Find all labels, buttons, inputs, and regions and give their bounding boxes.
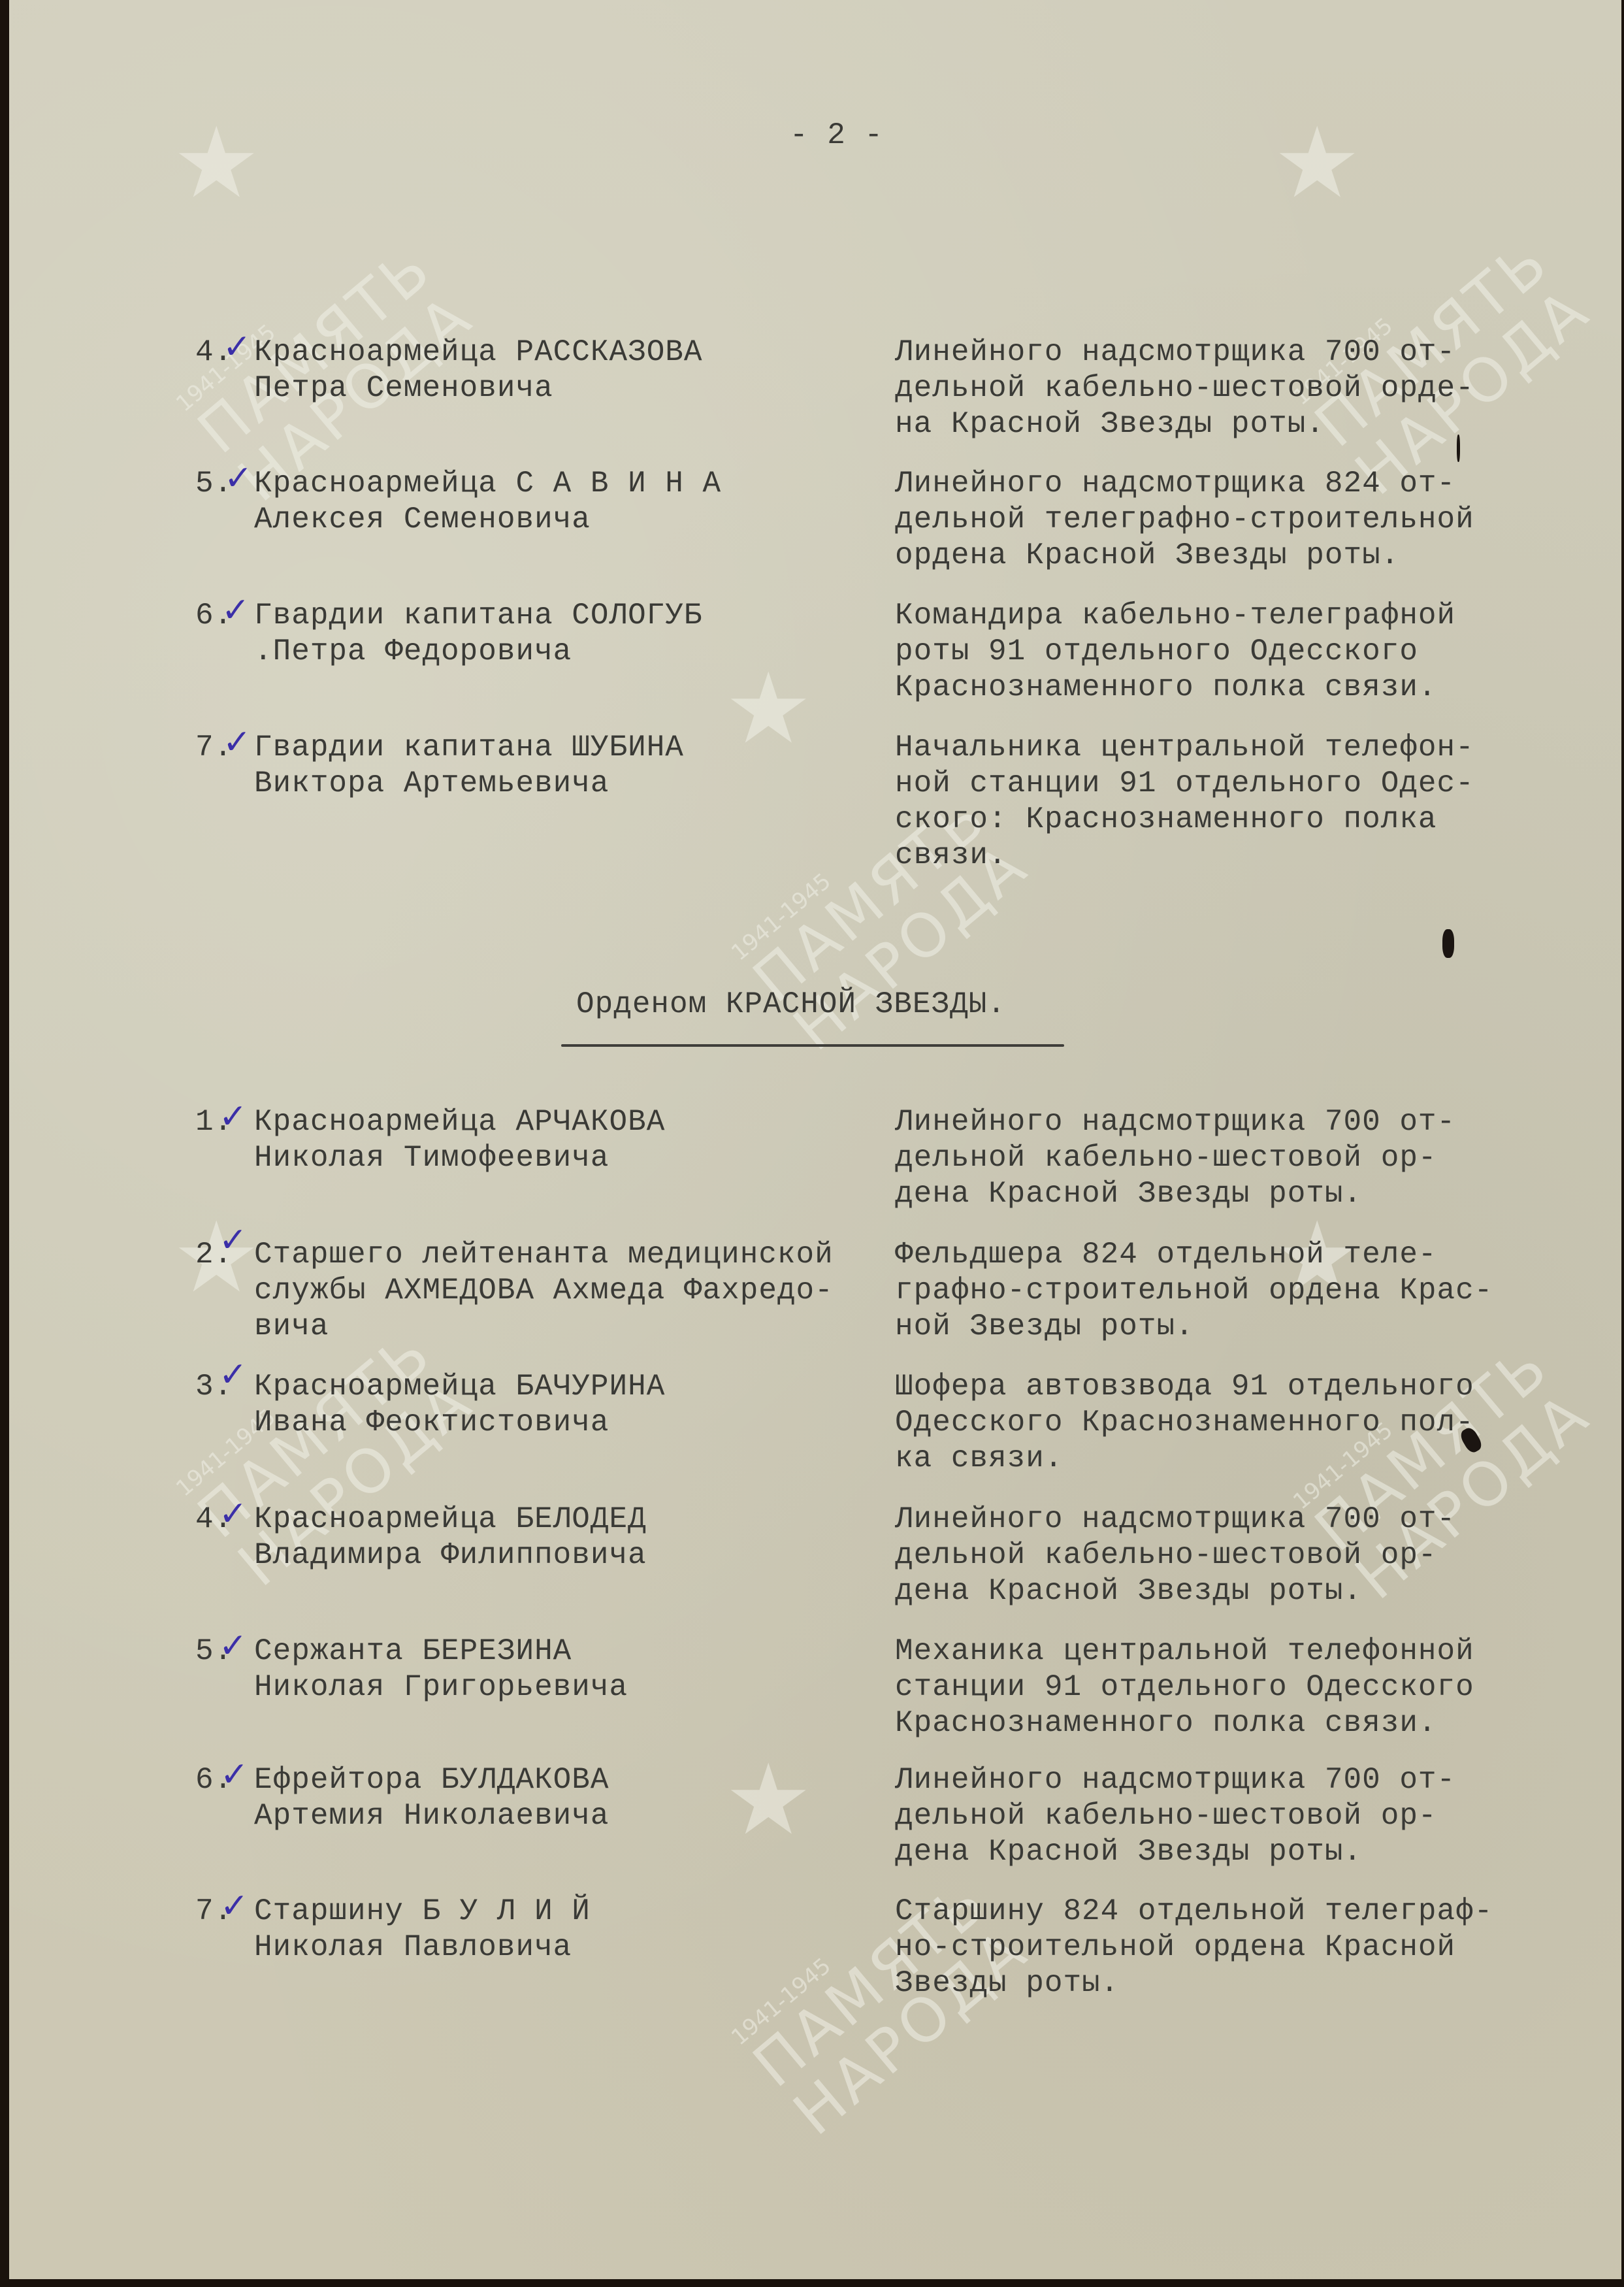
recipient-position: Командира кабельно-телеграфной роты 91 о… (895, 598, 1561, 706)
recipient-position: Линейного надсмотрщика 700 от- дельной к… (895, 335, 1561, 442)
check-mark-icon: ✓ (219, 1628, 248, 1664)
check-mark-icon: ✓ (219, 1357, 248, 1393)
recipient-position: Линейного надсмотрщика 700 от- дельной к… (895, 1502, 1561, 1609)
recipient-name: Красноармейца АРЧАКОВА Николая Тимофееви… (254, 1104, 907, 1176)
recipient-name: Сержанта БЕРЕЗИНА Николая Григорьевича (254, 1634, 907, 1705)
recipient-name: Старшину Б У Л И Й Николая Павловича (254, 1894, 907, 1966)
check-mark-icon: ✓ (221, 593, 251, 629)
section-heading: Орденом КРАСНОЙ ЗВЕЗДЫ. (576, 987, 1006, 1023)
recipient-name: Гвардии капитана ШУБИНА Виктора Артемьев… (254, 730, 907, 802)
check-mark-icon: ✓ (224, 461, 253, 497)
heading-underline (561, 1044, 1064, 1047)
watermark-star-icon: ★ (172, 114, 270, 212)
recipient-position: Начальника центральной телефон- ной стан… (895, 730, 1561, 874)
recipient-position: Линейного надсмотрщика 700 от- дельной к… (895, 1104, 1561, 1212)
document-page: ★ 1941-1945 ПАМЯТЬ НАРОДА ★ 1941-1945 ПА… (9, 0, 1621, 2279)
recipient-position: Линейного надсмотрщика 824 от- дельной т… (895, 466, 1561, 574)
check-mark-icon: ✓ (220, 1757, 250, 1793)
recipient-name: Старшего лейтенанта медицинской службы А… (254, 1237, 907, 1345)
recipient-name: Гвардии капитана СОЛОГУБ .Петра Федорови… (254, 598, 907, 670)
recipient-name: Красноармейца БЕЛОДЕД Владимира Филиппов… (254, 1502, 907, 1573)
recipient-position: Шофера автовзвода 91 отдельного Одесског… (895, 1369, 1561, 1477)
ink-speck (1457, 435, 1460, 462)
page-number: - 2 - (790, 118, 883, 154)
recipient-position: Фельдшера 824 отдельной теле- графно-стр… (895, 1237, 1561, 1345)
check-mark-icon: ✓ (223, 329, 252, 365)
check-mark-icon: ✓ (220, 1888, 250, 1924)
recipient-position: Старшину 824 отдельной телеграф- но-стро… (895, 1894, 1561, 2001)
recipient-position: Механика центральной телефонной станции … (895, 1634, 1561, 1741)
recipient-position: Линейного надсмотрщика 700 от- дельной к… (895, 1762, 1561, 1870)
check-mark-icon: ✓ (219, 1496, 248, 1532)
watermark-star-icon: ★ (1273, 114, 1371, 212)
check-mark-icon: ✓ (219, 1099, 248, 1135)
check-mark-icon: ✓ (223, 725, 252, 761)
recipient-name: Красноармейца БАЧУРИНА Ивана Феоктистови… (254, 1369, 907, 1441)
recipient-name: Красноармейца С А В И Н А Алексея Семено… (254, 466, 907, 538)
recipient-name: Ефрейтора БУЛДАКОВА Артемия Николаевича (254, 1762, 907, 1834)
ink-speck (1442, 929, 1454, 958)
recipient-name: Красноармейца РАССКАЗОВА Петра Семенович… (254, 335, 907, 406)
check-mark-icon: ✓ (219, 1223, 248, 1259)
